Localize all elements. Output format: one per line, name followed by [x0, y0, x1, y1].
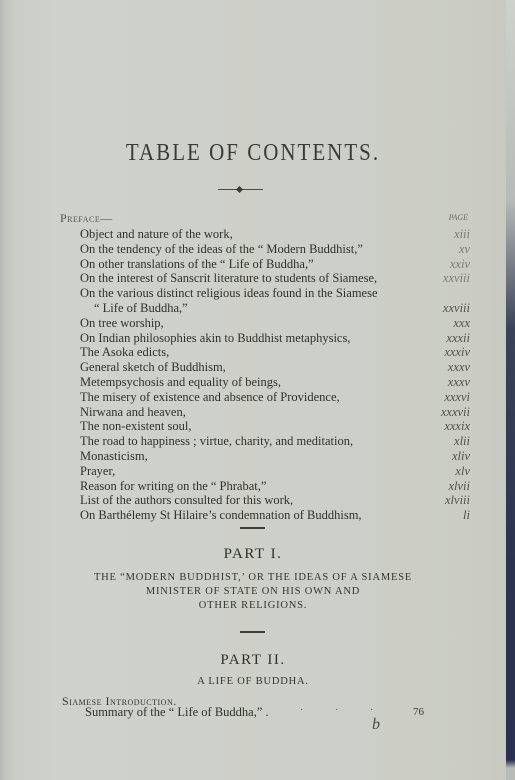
part-1-subtitle-line-2: MINISTER OF STATE ON HIS OWN AND	[0, 585, 506, 599]
preface-heading: Preface—	[60, 211, 113, 226]
toc-entry-page: xxxii	[446, 331, 470, 346]
toc-entry[interactable]: General sketch of Buddhism,xxxv	[80, 360, 470, 375]
toc-entry-page: xxiv	[450, 257, 470, 272]
toc-entry[interactable]: Reason for writing on the “ Phrabat,”xlv…	[80, 479, 470, 494]
toc-entry-label: Nirwana and heaven,	[80, 405, 186, 420]
toc-entry-page: xxxvi	[444, 390, 470, 405]
toc-entry-page: xxxiv	[444, 345, 470, 360]
toc-entry[interactable]: On the tendency of the ideas of the “ Mo…	[80, 242, 470, 257]
toc-entry-page: xxxvii	[441, 405, 470, 420]
toc-entry-label: Object and nature of the work,	[80, 227, 233, 242]
toc-entry-label: On tree worship,	[80, 316, 164, 331]
toc-entry-label: Monasticism,	[80, 449, 148, 464]
part-2-subtitle: A LIFE OF BUDDHA.	[0, 675, 506, 689]
toc-entry-page: xv	[459, 242, 470, 257]
part-1-subtitle-line-3: OTHER RELIGIONS.	[0, 599, 506, 613]
toc-entry-label: On the interest of Sanscrit literature t…	[80, 271, 377, 286]
part-1-subtitle-line-1: THE “MODERN BUDDHIST,’ OR THE IDEAS OF A…	[0, 571, 506, 585]
toc-entry-label: List of the authors consulted for this w…	[80, 493, 293, 508]
toc-entry-page: xxxix	[444, 419, 470, 434]
toc-entry-label: The non-existent soul,	[80, 419, 191, 434]
toc-entry-page: xlv	[455, 464, 470, 479]
section-rule	[240, 631, 265, 633]
signature-mark: b	[372, 716, 380, 734]
toc-entry-label: On the tendency of the ideas of the “ Mo…	[80, 242, 363, 257]
toc-entry[interactable]: On Indian philosophies akin to Buddhist …	[80, 331, 470, 346]
toc-entry-label: “ Life of Buddha,”	[94, 301, 188, 316]
toc-entry[interactable]: Monasticism,xliv	[80, 449, 470, 464]
toc-entry-label: Prayer,	[80, 464, 115, 479]
leader-dots: ·	[370, 705, 373, 716]
toc-entry-label: The Asoka edicts,	[80, 345, 169, 360]
toc-entry-label: On Indian philosophies akin to Buddhist …	[80, 331, 350, 346]
toc-entry[interactable]: List of the authors consulted for this w…	[80, 493, 470, 508]
leader-dots: ·	[300, 705, 303, 716]
toc-entry-page: li	[463, 508, 470, 523]
toc-entry-page: xxxv	[448, 360, 470, 375]
toc-entry-page: 76	[413, 706, 424, 718]
toc-entry-page: xliv	[452, 449, 470, 464]
toc-entry-page: xlii	[454, 434, 470, 449]
toc-entry-label: The misery of existence and absence of P…	[80, 390, 340, 405]
book-spine-edge	[506, 0, 515, 780]
page-column-label: PAGE	[449, 213, 468, 222]
toc-entry-label: On the various distinct religious ideas …	[80, 286, 378, 301]
toc-entry-page: xlviii	[445, 493, 470, 508]
toc-entry-page: xiii	[454, 227, 470, 242]
toc-entry[interactable]: Metempsychosis and equality of beings,xx…	[80, 375, 470, 390]
book-page: TABLE OF CONTENTS. Preface— PAGE Object …	[0, 0, 506, 780]
toc-entry[interactable]: The non-existent soul,xxxix	[80, 419, 470, 434]
toc-entry[interactable]: Prayer,xlv	[80, 464, 470, 479]
toc-entry[interactable]: Object and nature of the work,xiii	[80, 227, 470, 242]
part-1-heading: PART I.	[0, 546, 506, 563]
toc-entry[interactable]: On the various distinct religious ideas …	[80, 286, 470, 301]
toc-entry-label: Summary of the “ Life of Buddha,” .	[85, 705, 269, 719]
toc-entry[interactable]: On Barthélemy St Hilaire’s condemnation …	[80, 508, 470, 523]
toc-entry-label: Metempsychosis and equality of beings,	[80, 375, 281, 390]
toc-entry-label: Reason for writing on the “ Phrabat,”	[80, 479, 266, 494]
leader-dots: ·	[335, 705, 338, 716]
ornament-divider	[218, 189, 263, 190]
toc-entry-page: xxxv	[448, 375, 470, 390]
toc-entry[interactable]: On tree worship,xxx	[80, 316, 470, 331]
toc-entry-label: On Barthélemy St Hilaire’s condemnation …	[80, 508, 362, 523]
toc-entry[interactable]: On other translations of the “ Life of B…	[80, 257, 470, 272]
toc-entry[interactable]: The Asoka edicts,xxxiv	[80, 345, 470, 360]
section-rule	[240, 527, 265, 529]
toc-entry-page: xxviii	[443, 271, 470, 286]
toc-entry[interactable]: On the interest of Sanscrit literature t…	[80, 271, 470, 286]
toc-entry-page: xxviii	[443, 301, 470, 316]
toc-entry-label: The road to happiness ; virtue, charity,…	[80, 434, 353, 449]
toc-entry-page: xxx	[453, 316, 470, 331]
toc-entry[interactable]: “ Life of Buddha,”xxviii	[80, 301, 470, 316]
part-2-heading: PART II.	[0, 652, 506, 669]
preface-heading-text: Preface—	[60, 211, 113, 225]
page-title: TABLE OF CONTENTS.	[0, 138, 506, 167]
toc-entry-label: On other translations of the “ Life of B…	[80, 257, 314, 272]
toc-entry-page: xlvii	[448, 479, 470, 494]
toc-entry[interactable]: Nirwana and heaven,xxxvii	[80, 405, 470, 420]
toc-entry[interactable]: The road to happiness ; virtue, charity,…	[80, 434, 470, 449]
toc-entry[interactable]: The misery of existence and absence of P…	[80, 390, 470, 405]
toc-entry-label: General sketch of Buddhism,	[80, 360, 226, 375]
